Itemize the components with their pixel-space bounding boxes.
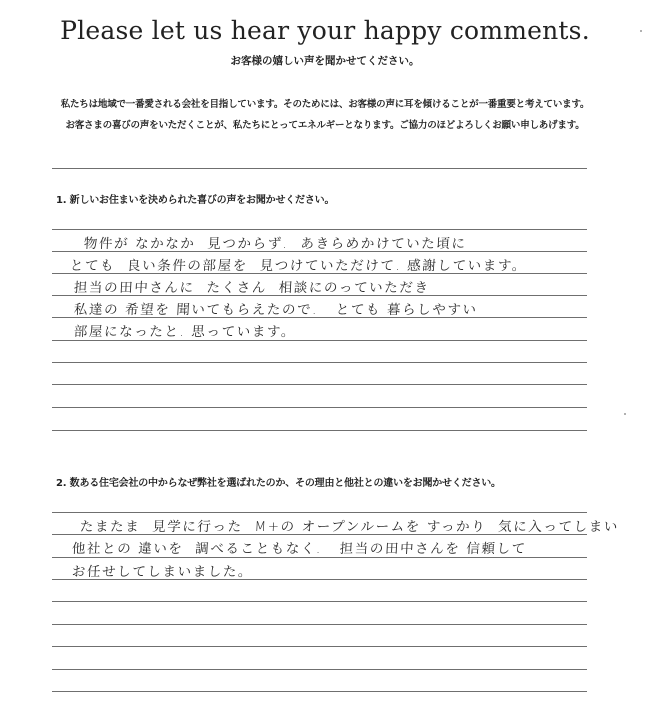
handwritten-answer-line: とても 良い条件の部屋を 見つけていただけて. 感謝しています。 [69,254,527,274]
scan-speck [624,413,626,415]
intro-line-2: お客さまの喜びの声をいただくことが、私たちにとってエネルギーとなります。ご協力の… [0,117,650,131]
answer-line [52,669,587,670]
answer-line [52,430,587,431]
answer-line [52,512,587,513]
handwritten-answer-line: 私達の 希望を 聞いてもらえたので. とても 暮らしやすい [73,298,478,318]
answer-line [52,407,587,408]
scan-speck [640,30,642,32]
answer-line [52,624,587,625]
answer-line [52,557,587,558]
handwritten-answer-line: たまたま 見学に行った M+の オープンルームを すっかり 気に入ってしまい [79,515,619,535]
answer-line [52,340,587,341]
page-title: Please let us hear your happy comments. [0,14,650,48]
handwritten-answer-line: 他社との 違いを 調べることもなく. 担当の田中さんを 信頼して [71,537,527,557]
answer-line [52,691,587,692]
answer-line [52,362,587,363]
handwritten-answer-line: お任せしてしまいました。 [71,560,253,580]
question-1-label: 1. 新しいお住まいを決められた喜びの声をお聞かせください。 [56,191,334,206]
answer-line [52,384,587,385]
intro-line-1: 私たちは地域で一番愛される会社を目指しています。そのためには、お客様の声に耳を傾… [0,96,650,110]
handwritten-answer-line: 物件が なかなか 見つからず. あきらめかけていた頃に [83,232,467,252]
answer-line [52,601,587,602]
handwritten-answer-line: 部屋になったと. 思っています。 [73,320,296,340]
section-divider [52,168,587,169]
question-2-label: 2. 数ある住宅会社の中からなぜ弊社を選ばれたのか、その理由と他社との違いをお聞… [56,474,501,489]
page-subtitle: お客様の嬉しい声を聞かせてください。 [0,53,650,68]
answer-line [52,229,587,230]
answer-line [52,646,587,647]
handwritten-answer-line: 担当の田中さんに たくさん 相談にのっていただき [73,276,430,296]
